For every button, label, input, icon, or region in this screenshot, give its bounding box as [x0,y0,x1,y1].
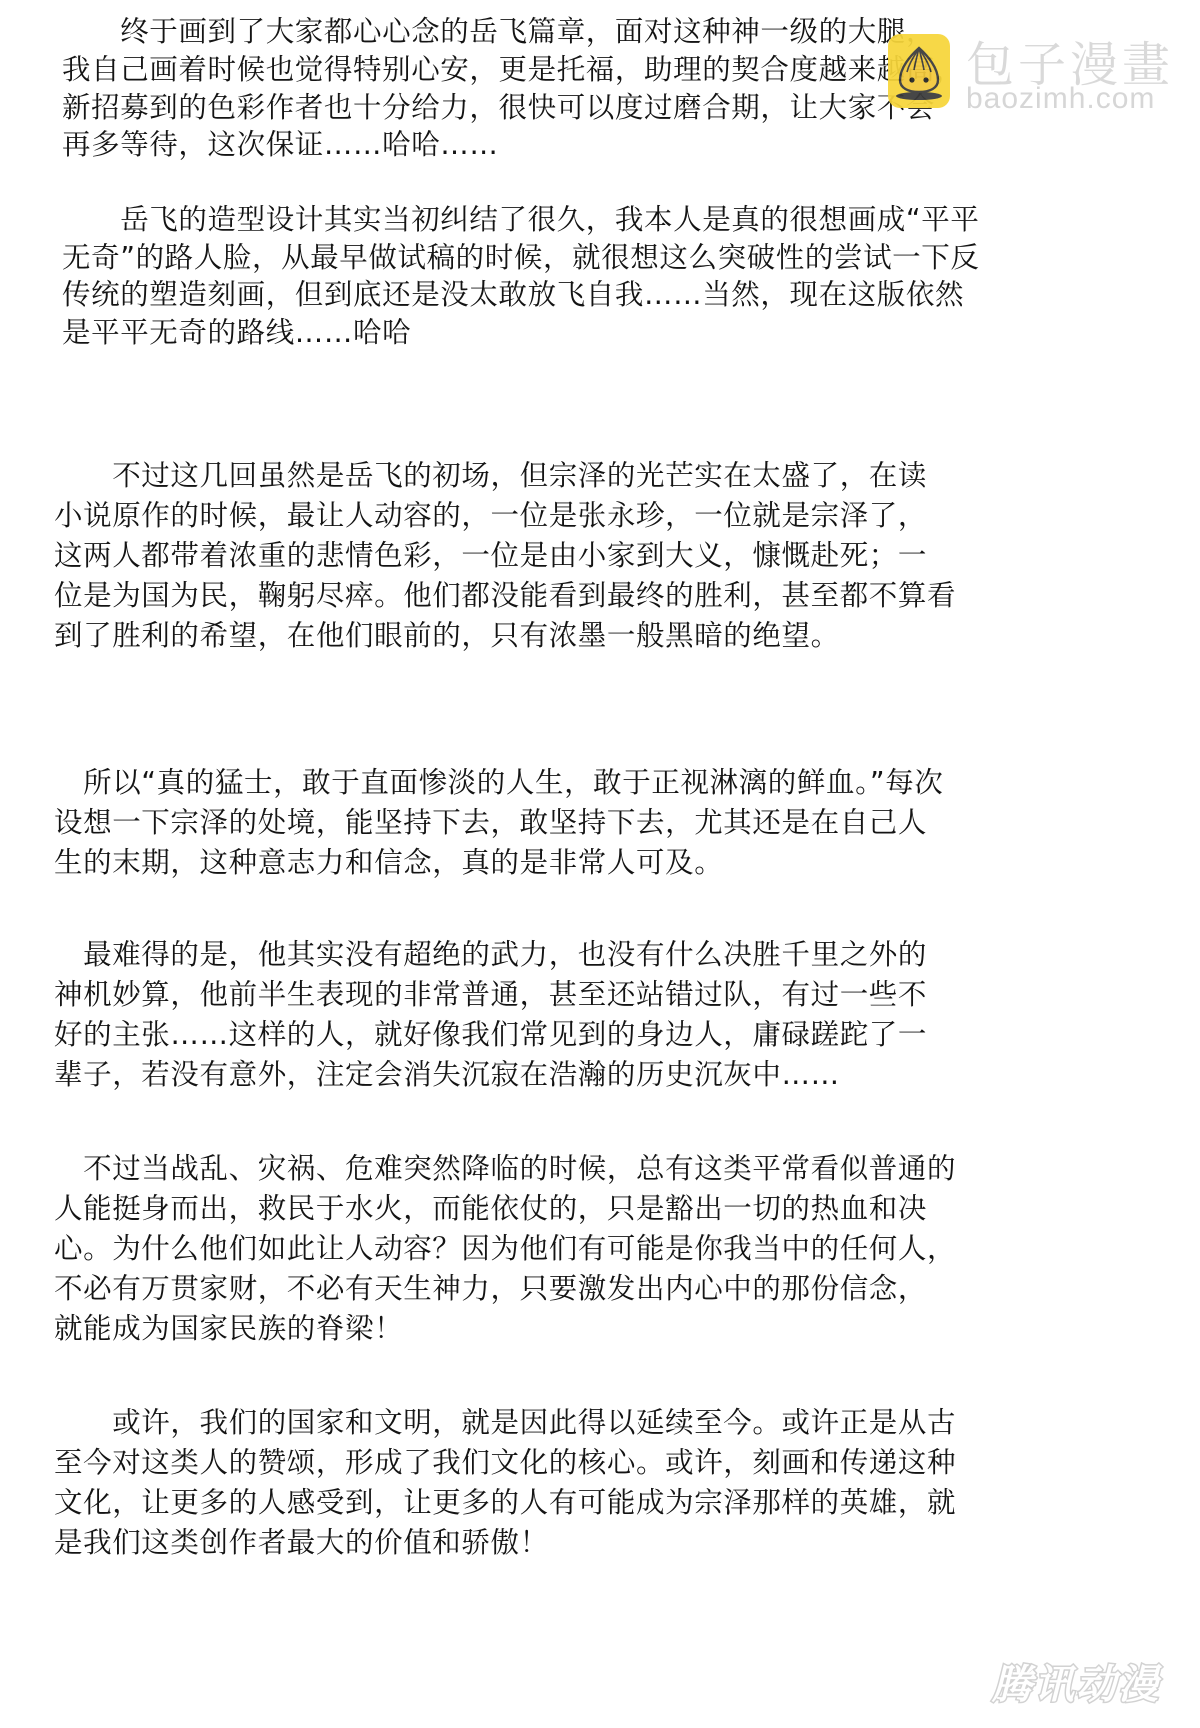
bun-mascot-icon [888,34,950,108]
text-line: 好的主张……这样的人，就好像我们常见到的身边人，庸碌蹉跎了一 [54,1015,927,1055]
text-line: 最难得的是，他其实没有超绝的武力，也没有什么决胜千里之外的 [54,935,927,975]
publisher-watermark: 腾讯动漫 [992,1660,1184,1710]
text-line: 到了胜利的希望，在他们眼前的，只有浓墨一般黑暗的绝望。 [54,616,840,656]
afterword-page: 终于画到了大家都心心念的岳飞篇章，面对这种神一级的大腿， 我自己画着时候也觉得特… [0,0,1200,1728]
text-line: 辈子，若没有意外，注定会消失沉寂在浩瀚的历史沉灰中…… [54,1055,840,1095]
text-line: 是我们这类创作者最大的价值和骄傲！ [54,1523,549,1563]
text-line: 文化，让更多的人感受到，让更多的人有可能成为宗泽那样的英雄，就 [54,1483,956,1523]
text-line: 无奇”的路人脸，从最早做试稿的时候，就很想这么突破性的尝试一下反 [62,238,979,278]
text-line: 再多等待，这次保证……哈哈…… [62,125,499,165]
text-line: 岳飞的造型设计其实当初纠结了很久，我本人是真的很想画成“平平 [62,200,979,240]
text-line: 终于画到了大家都心心念的岳飞篇章，面对这种神一级的大腿， [62,12,935,52]
text-line: 我自己画着时候也觉得特别心安，更是托福，助理的契合度越来越高， [62,50,964,90]
text-line: 所以“真的猛士，敢于直面惨淡的人生，敢于正视淋漓的鲜血。”每次 [54,763,943,803]
text-line: 位是为国为民，鞠躬尽瘁。他们都没能看到最终的胜利，甚至都不算看 [54,576,956,616]
text-line: 不过当战乱、灾祸、危难突然降临的时候，总有这类平常看似普通的 [54,1149,956,1189]
text-line: 不过这几回虽然是岳飞的初场，但宗泽的光芒实在太盛了，在读 [54,456,927,496]
text-line: 是平平无奇的路线……哈哈 [62,313,411,353]
text-line: 生的末期，这种意志力和信念，真的是非常人可及。 [54,843,723,883]
site-watermark: 包子漫畫 baozimh.com [888,30,1188,120]
text-line: 人能挺身而出，救民于水火，而能依仗的，只是豁出一切的热血和决 [54,1189,927,1229]
text-line: 这两人都带着浓重的悲情色彩，一位是由小家到大义，慷慨赴死；一 [54,536,927,576]
text-line: 神机妙算，他前半生表现的非常普通，甚至还站错过队，有过一些不 [54,975,927,1015]
watermark-url: baozimh.com [966,82,1155,116]
text-line: 不必有万贯家财，不必有天生神力，只要激发出内心中的那份信念， [54,1269,927,1309]
text-line: 传统的塑造刻画，但到底还是没太敢放飞自我……当然，现在这版依然 [62,275,964,315]
text-line: 就能成为国家民族的脊梁！ [54,1309,403,1349]
text-line: 或许，我们的国家和文明，就是因此得以延续至今。或许正是从古 [54,1403,956,1443]
text-line: 至今对这类人的赞颂，形成了我们文化的核心。或许，刻画和传递这种 [54,1443,956,1483]
text-line: 小说原作的时候，最让人动容的，一位是张永珍，一位就是宗泽了， [54,496,927,536]
text-line: 设想一下宗泽的处境，能坚持下去，敢坚持下去，尤其还是在自己人 [54,803,927,843]
text-line: 心。为什么他们如此让人动容？因为他们有可能是你我当中的任何人， [54,1229,956,1269]
text-line: 新招募到的色彩作者也十分给力，很快可以度过磨合期，让大家不会 [62,88,935,128]
